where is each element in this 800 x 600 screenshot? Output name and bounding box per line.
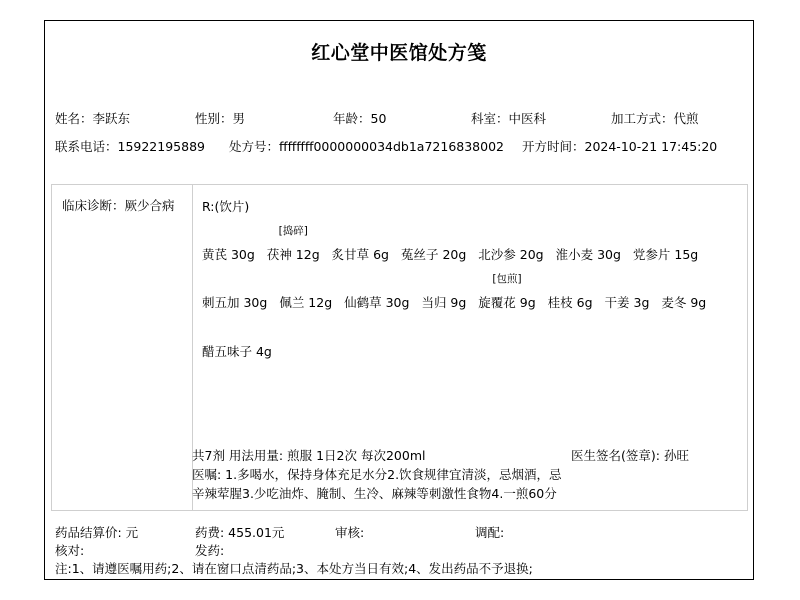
herb-item: 北沙参 20g [478,245,543,263]
check-label: 核对: [55,541,84,559]
doctor-signature: 医生签名(签章): 孙旺 [571,446,689,464]
herb-item: 佩兰 12g [279,293,332,311]
medical-advice-line-2: 辛辣荤腥3.少吃油炸、腌制、生冷、麻辣等刺激性食物4.一煎60分 [192,484,557,502]
clinical-diagnosis: 临床诊断：厥少合病 [62,196,175,214]
issue-time: 开方时间：2024-10-21 17:45:20 [522,137,717,155]
dispense-label: 调配: [475,523,504,541]
herb-item: 淮小麦 30g [556,245,621,263]
patient-name: 姓名：李跃东 [55,109,130,127]
patient-phone: 联系电话：15922195889 [55,137,205,155]
processing-method: 加工方式：代煎 [611,109,699,127]
herb-note: [包煎] [492,271,521,286]
page-title: 红心堂中医馆处方笺 [45,38,753,65]
patient-gender: 性别：男 [195,109,245,127]
issue-drug-label: 发药: [195,541,224,559]
drug-fee: 药费: 455.01元 [195,523,284,541]
herb-item: 菟丝子 20g [401,245,466,263]
department: 科室：中医科 [471,109,546,127]
herb-item: 麦冬 9g [661,293,706,311]
herb-item: 黄芪 30g [202,245,255,263]
prescription-form: 红心堂中医馆处方笺 姓名：李跃东 性别：男 年龄：50 科室：中医科 加工方式：… [44,20,754,580]
herb-item: [捣碎]茯神 12g [267,245,320,263]
herb-row-2: 刺五加 30g 佩兰 12g 仙鹤草 30g 当归 9g [包煎]旋覆花 9g … [202,293,714,311]
usage-instructions: 共7剂 用法用量: 煎服 1日2次 每次200ml [192,446,425,464]
footer-notice: 注:1、请遵医嘱用药;2、请在窗口点清药品;3、本处方当日有效;4、发出药品不予… [55,559,533,577]
herb-item: 桂枝 6g [548,293,593,311]
medical-advice-line-1: 医嘱: 1.多喝水，保持身体充足水分2.饮食规律宜清淡，忌烟酒，忌 [192,465,562,483]
herb-item: 刺五加 30g [202,293,267,311]
herb-item: 仙鹤草 30g [344,293,409,311]
herb-item: 党参片 15g [633,245,698,263]
herb-item: 醋五味子 4g [202,342,272,360]
prescription-table: 临床诊断：厥少合病 R:(饮片) 黄芪 30g [捣碎]茯神 12g 炙甘草 6… [51,184,748,511]
herb-item: 干姜 3g [605,293,650,311]
herb-item: [包煎]旋覆花 9g [478,293,535,311]
patient-age: 年龄：50 [333,109,386,127]
herb-item: 当归 9g [421,293,466,311]
settlement-price: 药品结算价: 元 [55,523,138,541]
review-label: 审核: [335,523,364,541]
herb-note: [捣碎] [279,223,308,238]
prescription-number: 处方号：ffffffff0000000034db1a7216838002 [229,137,504,155]
rx-header: R:(饮片) [202,197,249,215]
herb-row-3: 醋五味子 4g [202,342,280,360]
herb-item: 炙甘草 6g [332,245,389,263]
herb-row-1: 黄芪 30g [捣碎]茯神 12g 炙甘草 6g 菟丝子 20g 北沙参 20g… [202,245,706,263]
